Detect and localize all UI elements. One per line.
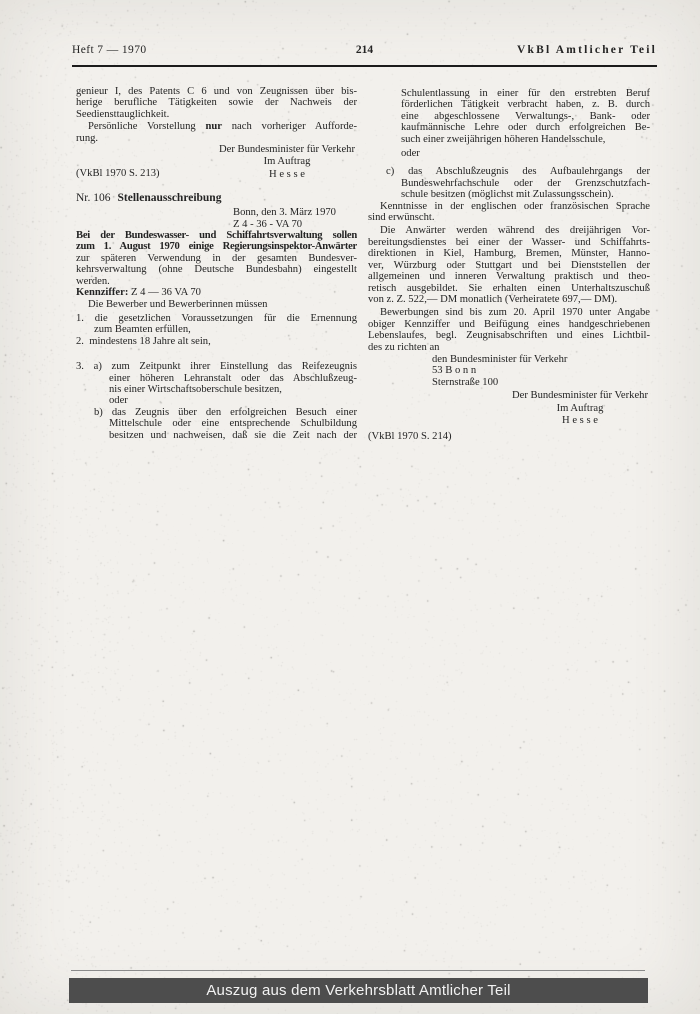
footer-banner: Auszug aus dem Verkehrsblatt Amtlicher T… (69, 978, 648, 1003)
text-line: zum Beamten erfüllen, (76, 324, 357, 335)
text-line: von z. Z. 522,— DM monatlich (Verheirate… (368, 294, 650, 305)
signature-by-order: Im Auftrag (512, 403, 648, 415)
reference-note: (VkBl 1970 S. 214) (368, 431, 650, 442)
text-line: oder (76, 395, 357, 406)
signature-name: H e s s e (512, 415, 648, 427)
text-line: 2. mindestens 18 Jahre alt sein, (76, 336, 357, 347)
text-line: ver, Würzburg oder Stuttgart und bei Die… (368, 260, 650, 271)
text-line: nis einer Wirtschaftsoberschule besitzen… (76, 384, 357, 395)
article-heading: Nr. 106Stellenausschreibung (76, 192, 357, 204)
article-number: Nr. 106 (76, 192, 111, 204)
text-line: besitzen und nachweisen, daß sie die Zei… (76, 430, 357, 441)
paragraph-schulentlassung: Schulentlassung in einer für den erstreb… (368, 88, 650, 145)
signature-block: Der Bundesminister für Verkehr Im Auftra… (219, 144, 355, 181)
text-run: Z 4 — 36 VA 70 (128, 287, 201, 298)
text-line: rung. (76, 133, 357, 144)
text-line: werden. (76, 276, 357, 287)
paragraph-bewerber: Die Bewerber und Bewerberinnen müssen (76, 299, 357, 310)
text-line: Bewerbungen sind bis zum 20. April 1970 … (368, 307, 650, 318)
text-line: oder (368, 148, 650, 159)
text-line: Kennziffer: Z 4 — 36 VA 70 (76, 287, 357, 298)
text-line: 53 B o n n (368, 365, 650, 376)
signature-sender: Der Bundesminister für Verkehr (512, 390, 648, 402)
text-line: Persönliche Vorstellung nur nach vorheri… (76, 121, 357, 132)
text-line: retisch ausgebildet. Sie erhalten einen … (368, 283, 650, 294)
document-page: Heft 7 — 1970 214 VkBl Amtlicher Teil ge… (0, 0, 700, 1014)
text-line: förderlichen Tätigkeit verbracht haben, … (368, 99, 650, 110)
reference-note: (VkBl 1970 S. 213) (76, 168, 160, 180)
text-line: Sternstraße 100 (368, 377, 650, 388)
text-line: herige berufliche Tätigkeiten sowie der … (76, 97, 357, 108)
kennziffer-line: Kennziffer: Z 4 — 36 VA 70 (76, 287, 357, 298)
article-title: Stellenausschreibung (118, 192, 222, 204)
text-line: direktionen in Kiel, Hamburg, Bremen, Mü… (368, 248, 650, 259)
text-line: schule besitzen (möglichst mit Zulassung… (368, 189, 650, 200)
list-item-1: 1. die gesetzlichen Voraussetzungen für … (76, 313, 357, 336)
signature-name: H e s s e (219, 169, 355, 181)
text-line: allgemeinen und inneren Verwaltung prakt… (368, 271, 650, 282)
text-line: 1. die gesetzlichen Voraussetzungen für … (76, 313, 357, 324)
text-line: genieur I, des Patents C 6 und von Zeugn… (76, 86, 357, 97)
text-line: Kenntnisse in der englischen oder franzö… (368, 201, 650, 212)
text-line: Seediensttauglichkeit. (76, 109, 357, 120)
text-line: eine abgeschlossene Verwaltungs-, Bank- … (368, 111, 650, 122)
text-line: Bei der Bundeswasser- und Schiffahrtsver… (76, 230, 357, 241)
text-line: Bonn, den 3. März 1970 (76, 207, 357, 218)
text-line: 3. a) zum Zeitpunkt ihrer Einstellung da… (76, 361, 357, 372)
text-line: Die Bewerber und Bewerberinnen müssen (76, 299, 357, 310)
text-run: nach vorheriger Aufforde- (222, 121, 357, 132)
text-line: zum 1. August 1970 einige Regierungsinsp… (76, 241, 357, 252)
paragraph-bei-der-bundeswasser: Bei der Bundeswasser- und Schiffahrtsver… (76, 230, 357, 287)
oder-line: oder (368, 148, 650, 159)
header-section: VkBl Amtlicher Teil (373, 44, 657, 56)
text-line: Z 4 - 36 - VA 70 (76, 219, 357, 230)
footer-banner-text: Auszug aus dem Verkehrsblatt Amtlicher T… (206, 982, 510, 999)
signature-by-order: Im Auftrag (219, 156, 355, 168)
text-line: einer höheren Lehranstalt oder das Absch… (76, 373, 357, 384)
signature-sender: Der Bundesminister für Verkehr (219, 144, 355, 156)
text-line: sind erwünscht. (368, 212, 650, 223)
right-column: Schulentlassung in einer für den erstreb… (368, 88, 650, 443)
header-rule (72, 65, 657, 67)
list-item-3: 3. a) zum Zeitpunkt ihrer Einstellung da… (76, 361, 357, 441)
text-line: bereitungsdienstes bei einer der Wasser-… (368, 237, 650, 248)
paragraph-continuation: genieur I, des Patents C 6 und von Zeugn… (76, 86, 357, 120)
address-block: den Bundesminister für Verkehr53 B o n n… (368, 354, 650, 388)
bold-text: Kennziffer: (76, 287, 128, 298)
text-line: such einer zweijährigen höheren Handelss… (368, 134, 650, 145)
text-line: Bundeswehrfachschule oder der Grenzschut… (368, 178, 650, 189)
text-run: Persönliche Vorstellung (88, 121, 205, 132)
text-line: den Bundesminister für Verkehr (368, 354, 650, 365)
paragraph-kenntnisse: Kenntnisse in der englischen oder franzö… (368, 201, 650, 224)
text-line: des zu richten an (368, 342, 650, 353)
header-issue: Heft 7 — 1970 (72, 44, 356, 56)
paragraph-anwaerter: Die Anwärter werden während des dreijähr… (368, 225, 650, 305)
signature-row: Der Bundesminister für Verkehr Im Auftra… (368, 390, 650, 427)
text-line: c) das Abschlußzeugnis des Aufbaulehrgan… (368, 166, 650, 177)
text-line: zur späteren Verwendung in der gesamten … (76, 253, 357, 264)
header-page-number: 214 (356, 44, 373, 56)
signature-row: (VkBl 1970 S. 213) Der Bundesminister fü… (76, 144, 357, 181)
paragraph-bewerbungen: Bewerbungen sind bis zum 20. April 1970 … (368, 307, 650, 353)
text-line: Mittelschule oder eine entsprechende Sch… (76, 418, 357, 429)
footer-rule (71, 970, 645, 971)
paragraph-vorstellung: Persönliche Vorstellung nur nach vorheri… (76, 121, 357, 144)
list-item-c: c) das Abschlußzeugnis des Aufbaulehrgan… (368, 166, 650, 200)
dateline: Bonn, den 3. März 1970Z 4 - 36 - VA 70 (76, 207, 357, 230)
bold-text: nur (205, 121, 222, 132)
text-line: b) das Zeugnis über den erfolgreichen Be… (76, 407, 357, 418)
page-header: Heft 7 — 1970 214 VkBl Amtlicher Teil (72, 44, 657, 60)
text-line: Schulentlassung in einer für den erstreb… (368, 88, 650, 99)
text-line: kaufmännische Lehre oder durch erfolgrei… (368, 122, 650, 133)
list-item-2: 2. mindestens 18 Jahre alt sein, (76, 336, 357, 347)
text-line: Lebenslaufes, begl. Zeugnisabschriften u… (368, 330, 650, 341)
text-line: obiger Kennziffer und Beifügung eines ha… (368, 319, 650, 330)
signature-block: Der Bundesminister für Verkehr Im Auftra… (512, 390, 648, 427)
text-line: Die Anwärter werden während des dreijähr… (368, 225, 650, 236)
text-line: kehrsverwaltung (ohne Deutsche Bundesbah… (76, 264, 357, 275)
left-column: genieur I, des Patents C 6 und von Zeugn… (76, 86, 357, 441)
